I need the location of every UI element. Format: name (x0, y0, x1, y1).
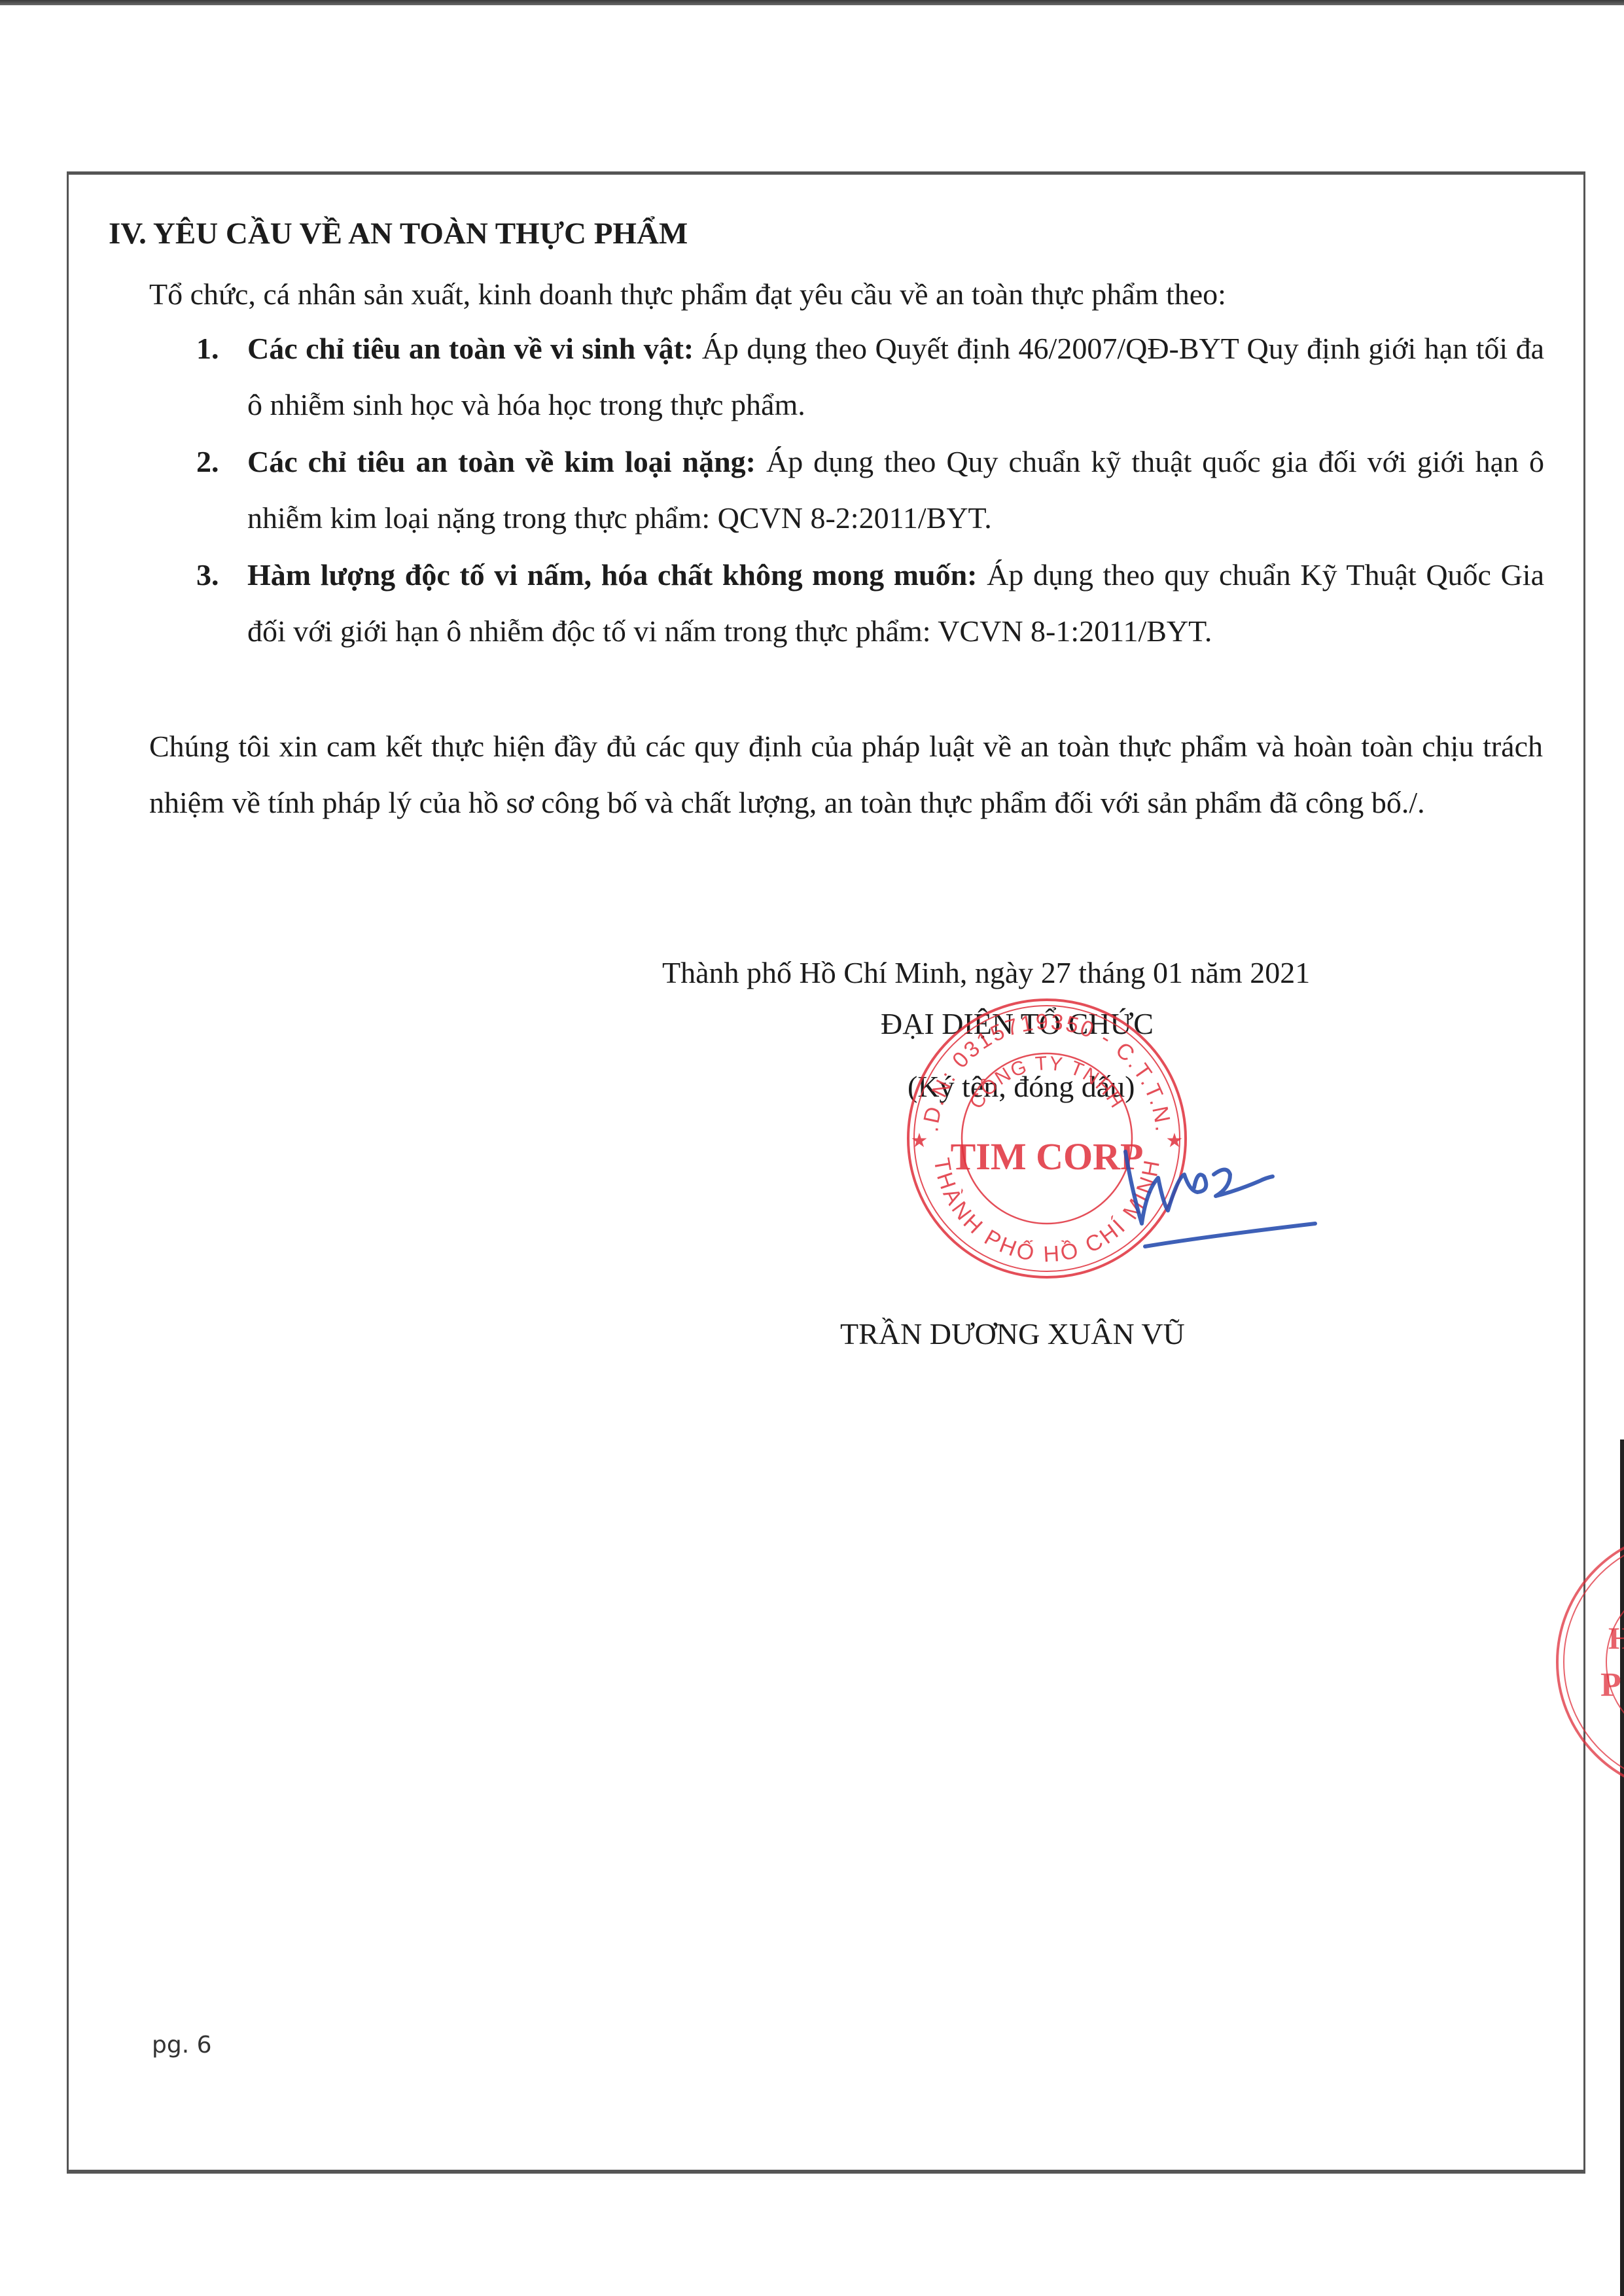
list-item-number: 1. (196, 321, 219, 377)
signer-name: TRẦN DƯƠNG XUÂN VŨ (840, 1316, 1185, 1351)
list-item-lead: Hàm lượng độc tố vi nấm, hóa chất không … (247, 558, 978, 592)
representative-title: ĐẠI DIỆN TỔ CHỨC (881, 1006, 1154, 1041)
list-item: 1. Các chỉ tiêu an toàn về vi sinh vật: … (196, 321, 1544, 433)
page-number: pg. 6 (152, 2032, 212, 2058)
requirements-list: 1. Các chỉ tiêu an toàn về vi sinh vật: … (196, 321, 1544, 660)
scan-edge-right (1620, 1439, 1624, 2296)
list-item-lead: Các chỉ tiêu an toàn về kim loại nặng: (247, 445, 756, 478)
svg-text:P: P (1600, 1667, 1621, 1704)
scan-edge-top (0, 0, 1624, 5)
list-item: 2. Các chỉ tiêu an toàn về kim loại nặng… (196, 434, 1544, 546)
sign-and-seal-note: (Ký tên, đóng dấu) (908, 1069, 1135, 1104)
commitment-paragraph: Chúng tôi xin cam kết thực hiện đầy đủ c… (149, 718, 1543, 831)
list-item-number: 2. (196, 434, 219, 490)
list-item-lead: Các chỉ tiêu an toàn về vi sinh vật: (247, 332, 694, 365)
section-heading: IV. YÊU CẦU VỀ AN TOÀN THỰC PHẨM (109, 216, 688, 251)
section-intro: Tổ chức, cá nhân sản xuất, kinh doanh th… (149, 266, 1226, 323)
list-item-number: 3. (196, 547, 219, 603)
place-and-date: Thành phố Hồ Chí Minh, ngày 27 tháng 01 … (662, 947, 1310, 999)
list-item: 3. Hàm lượng độc tố vi nấm, hóa chất khô… (196, 547, 1544, 660)
